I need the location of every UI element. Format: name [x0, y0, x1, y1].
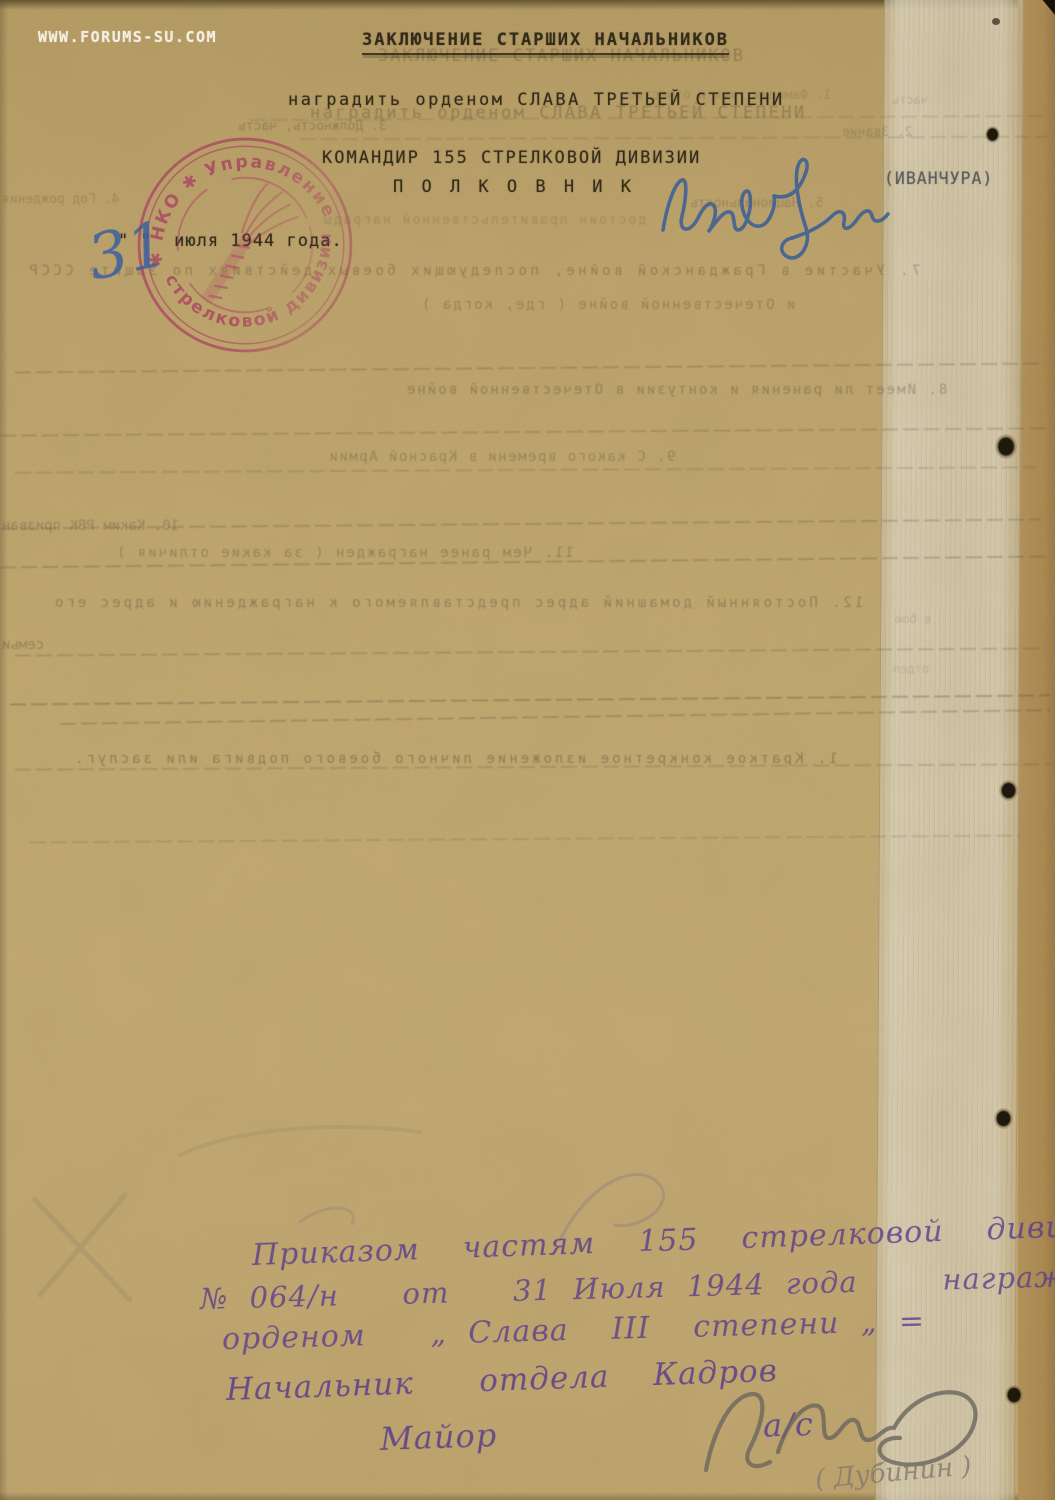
- punch-hole-2: [995, 434, 1017, 459]
- punch-hole-5: [1005, 1385, 1023, 1405]
- punch-hole-4: [994, 1108, 1013, 1129]
- major-signature-pencil: [0, 0, 1055, 1500]
- punch-hole-3: [999, 780, 1018, 801]
- punch-hole-1: [985, 126, 1000, 143]
- site-watermark: WWW.FORUMS-SU.COM: [38, 28, 217, 46]
- paper-speck: [992, 18, 1000, 25]
- scanned-award-document-page: 1. Фамилия, имя и отчество3. Должность, …: [0, 0, 1055, 1500]
